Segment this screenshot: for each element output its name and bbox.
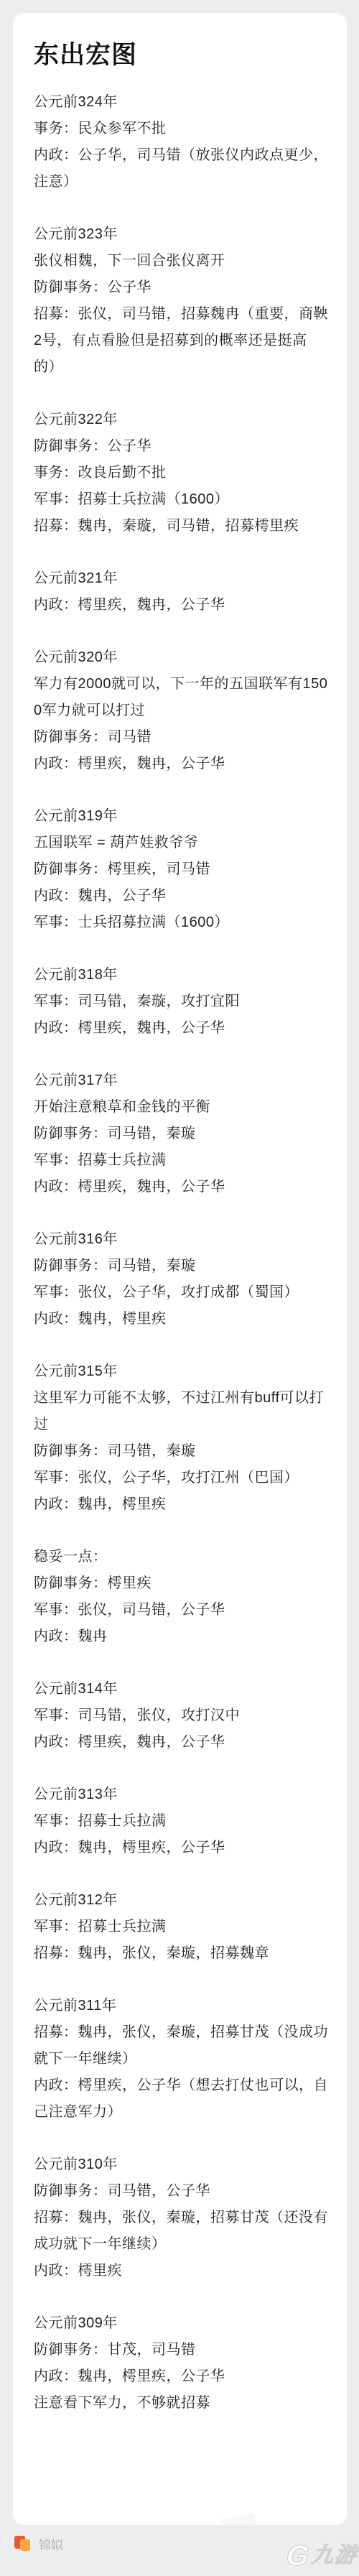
- section-heading-line: 稳妥一点：: [34, 1544, 328, 1570]
- note-line: 内政：樗里疾，公子华（想去打仗也可以，自己注意军力）: [34, 2072, 328, 2126]
- note-line: 内政：樗里疾: [34, 2258, 328, 2284]
- note-line: 招募：魏冉，张仪，秦璇，招募魏章: [34, 1940, 328, 1967]
- note-line: 内政：樗里疾，魏冉，公子华: [34, 592, 328, 618]
- note-title: 东出宏图: [34, 39, 328, 72]
- year-section: 公元前322年防御事务：公子华事务：改良后勤不批军事：招募士兵拉满（1600）招…: [34, 407, 328, 539]
- note-line: 防御事务：甘茂，司马错: [34, 2337, 328, 2363]
- note-line: 招募：张仪，司马错，招募魏冉（重要，商鞅2号，有点看脸但是招募到的概率还是挺高的…: [34, 301, 328, 381]
- section-heading-line: 公元前310年: [34, 2151, 328, 2178]
- note-line: 军事：招募士兵拉满（1600）: [34, 486, 328, 513]
- note-line: 内政：魏冉，樗里疾，公子华: [34, 1835, 328, 1861]
- section-heading-line: 公元前309年: [34, 2310, 328, 2337]
- footer-bar: 锦姒: [0, 2525, 359, 2576]
- note-body: 公元前324年事务：民众参军不批内政：公子华，司马错（放张仪内政点更少，注意）公…: [34, 89, 328, 2417]
- note-line: 军事：张仪，公子华，攻打成都（蜀国）: [34, 1279, 328, 1306]
- year-section: 公元前317年开始注意粮草和金钱的平衡防御事务：司马错，秦璇军事：招募士兵拉满内…: [34, 1067, 328, 1200]
- note-line: 防御事务：樗里疾: [34, 1570, 328, 1597]
- section-heading-line: 公元前321年: [34, 565, 328, 592]
- note-line: 事务：改良后勤不批: [34, 460, 328, 486]
- year-section: 公元前324年事务：民众参军不批内政：公子华，司马错（放张仪内政点更少，注意）: [34, 89, 328, 195]
- note-line: 内政：魏冉，樗里疾: [34, 1306, 328, 1333]
- year-section: 公元前310年防御事务：司马错，公子华招募：魏冉，张仪，秦璇，招募甘茂（还没有成…: [34, 2151, 328, 2284]
- note-line: 军事：张仪，司马错，公子华: [34, 1597, 328, 1623]
- year-section: 公元前309年防御事务：甘茂，司马错内政：魏冉，樗里疾，公子华注意看下军力，不够…: [34, 2310, 328, 2417]
- source-app-chip[interactable]: 锦姒: [14, 2535, 63, 2552]
- section-heading-line: 公元前314年: [34, 1676, 328, 1702]
- note-line: 内政：公子华，司马错（放张仪内政点更少，注意）: [34, 142, 328, 195]
- note-line: 防御事务：司马错，公子华: [34, 2178, 328, 2205]
- footer-app-name: 锦姒: [39, 2535, 63, 2553]
- note-line: 防御事务：樗里疾，司马错: [34, 856, 328, 883]
- year-section: 公元前313年军事：招募士兵拉满内政：魏冉，樗里疾，公子华: [34, 1782, 328, 1861]
- year-section: 公元前315年这里军力可能不太够，不过江州有buff可以打过防御事务：司马错，秦…: [34, 1358, 328, 1518]
- section-heading-line: 公元前312年: [34, 1887, 328, 1914]
- note-line: 内政：魏冉: [34, 1623, 328, 1650]
- note-line: 军事：司马错，秦璇，攻打宜阳: [34, 988, 328, 1015]
- note-line: 五国联军 = 葫芦娃救爷爷: [34, 830, 328, 856]
- year-section: 公元前323年张仪相魏，下一回合张仪离开防御事务：公子华招募：张仪，司马错，招募…: [34, 221, 328, 381]
- section-heading-line: 公元前322年: [34, 407, 328, 433]
- year-section: 公元前316年防御事务：司马错，秦璇军事：张仪，公子华，攻打成都（蜀国）内政：魏…: [34, 1226, 328, 1333]
- year-section: 公元前321年内政：樗里疾，魏冉，公子华: [34, 565, 328, 618]
- note-line: 内政：魏冉，樗里疾: [34, 1491, 328, 1518]
- note-line: 军事：招募士兵拉满: [34, 1914, 328, 1940]
- note-line: 军力有2000就可以，下一年的五国联军有1500军力就可以打过: [34, 671, 328, 724]
- note-line: 内政：樗里疾，魏冉，公子华: [34, 751, 328, 777]
- note-line: 军事：招募士兵拉满: [34, 1147, 328, 1174]
- note-line: 注意看下军力，不够就招募: [34, 2390, 328, 2417]
- note-line: 内政：魏冉，樗里疾，公子华: [34, 2363, 328, 2390]
- year-section: 公元前320年军力有2000就可以，下一年的五国联军有1500军力就可以打过防御…: [34, 644, 328, 777]
- section-heading-line: 公元前319年: [34, 803, 328, 830]
- year-section: 公元前312年军事：招募士兵拉满招募：魏冉，张仪，秦璇，招募魏章: [34, 1887, 328, 1967]
- year-section: 稳妥一点：防御事务：樗里疾军事：张仪，司马错，公子华内政：魏冉: [34, 1544, 328, 1650]
- note-line: 事务：民众参军不批: [34, 116, 328, 142]
- docs-app-icon: [14, 2535, 32, 2552]
- note-line: 内政：樗里疾，魏冉，公子华: [34, 1729, 328, 1756]
- note-line: 防御事务：公子华: [34, 274, 328, 301]
- note-line: 内政：魏冉，公子华: [34, 883, 328, 909]
- section-heading-line: 公元前311年: [34, 1993, 328, 2019]
- note-line: 招募：魏冉，张仪，秦璇，招募甘茂（还没有成功就下一年继续）: [34, 2205, 328, 2258]
- docs-app-icon-front-shape: [20, 2539, 30, 2551]
- section-heading-line: 公元前320年: [34, 644, 328, 671]
- note-line: 开始注意粮草和金钱的平衡: [34, 1094, 328, 1121]
- year-section: 公元前318年军事：司马错，秦璇，攻打宜阳内政：樗里疾，魏冉，公子华: [34, 962, 328, 1042]
- note-line: 军事：司马错，张仪，攻打汉中: [34, 1702, 328, 1729]
- note-line: 防御事务：司马错，秦璇: [34, 1438, 328, 1465]
- note-line: 内政：樗里疾，魏冉，公子华: [34, 1015, 328, 1042]
- note-card: 东出宏图 公元前324年事务：民众参军不批内政：公子华，司马错（放张仪内政点更少…: [13, 13, 347, 2525]
- section-heading-line: 公元前317年: [34, 1067, 328, 1094]
- section-heading-line: 公元前313年: [34, 1782, 328, 1808]
- section-heading-line: 公元前323年: [34, 221, 328, 248]
- note-line: 军事：张仪，公子华，攻打江州（巴国）: [34, 1465, 328, 1491]
- section-heading-line: 公元前315年: [34, 1358, 328, 1385]
- note-line: 张仪相魏，下一回合张仪离开: [34, 248, 328, 274]
- note-line: 这里军力可能不太够，不过江州有buff可以打过: [34, 1385, 328, 1438]
- note-line: 招募：魏冉，秦璇，司马错，招募樗里疾: [34, 513, 328, 539]
- section-heading-line: 公元前316年: [34, 1226, 328, 1253]
- note-line: 防御事务：公子华: [34, 433, 328, 460]
- note-line: 招募：魏冉，张仪，秦璇，招募甘茂（没成功就下一年继续）: [34, 2019, 328, 2072]
- note-line: 防御事务：司马错: [34, 724, 328, 751]
- note-line: 军事：士兵招募拉满（1600）: [34, 909, 328, 936]
- note-line: 内政：樗里疾，魏冉，公子华: [34, 1174, 328, 1200]
- year-section: 公元前311年招募：魏冉，张仪，秦璇，招募甘茂（没成功就下一年继续）内政：樗里疾…: [34, 1993, 328, 2126]
- year-section: 公元前314年军事：司马错，张仪，攻打汉中内政：樗里疾，魏冉，公子华: [34, 1676, 328, 1756]
- note-line: 防御事务：司马错，秦璇: [34, 1253, 328, 1279]
- note-line: 军事：招募士兵拉满: [34, 1808, 328, 1835]
- year-section: 公元前319年五国联军 = 葫芦娃救爷爷防御事务：樗里疾，司马错内政：魏冉，公子…: [34, 803, 328, 936]
- section-heading-line: 公元前318年: [34, 962, 328, 988]
- note-line: 防御事务：司马错，秦璇: [34, 1121, 328, 1147]
- section-heading-line: 公元前324年: [34, 89, 328, 116]
